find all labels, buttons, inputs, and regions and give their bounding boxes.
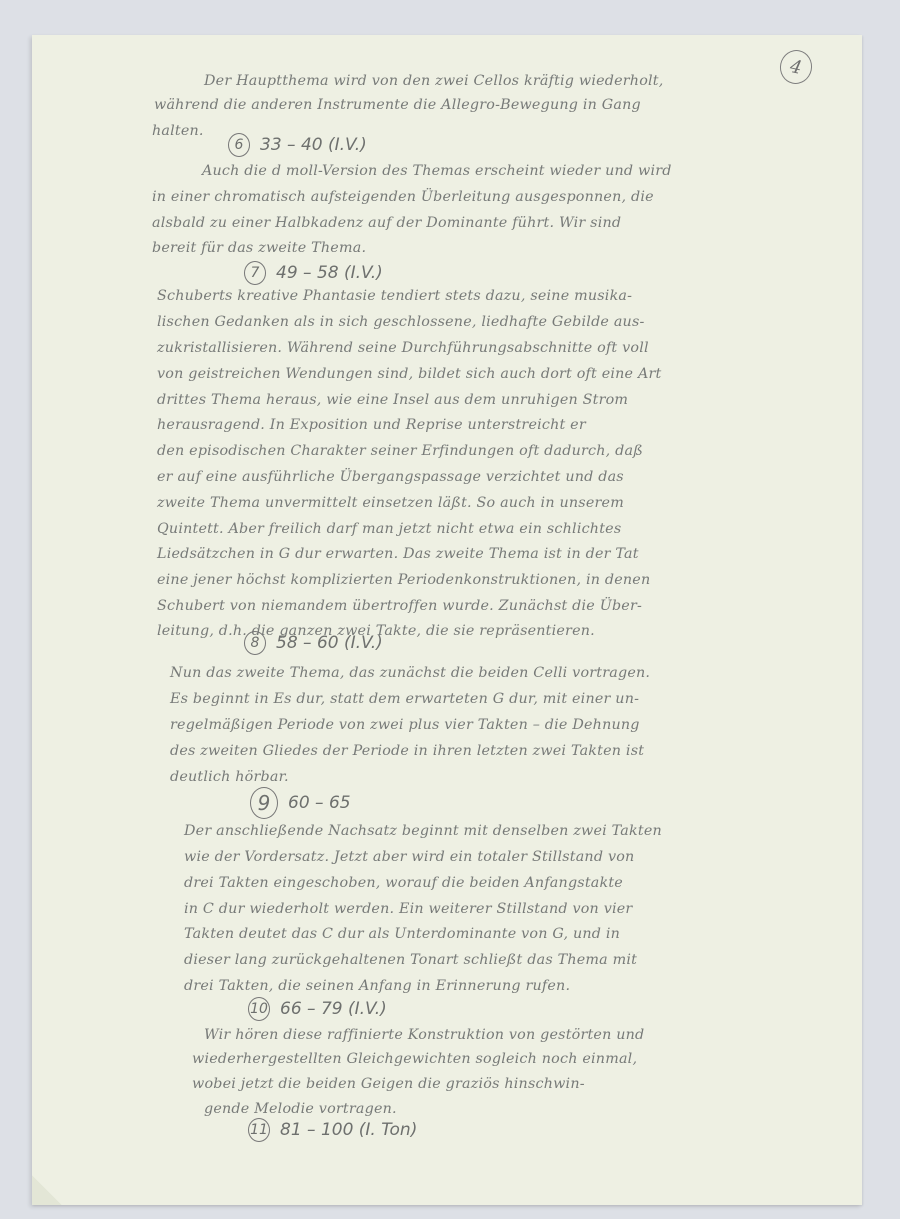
text-line: Schuberts kreative Phantasie tendiert st… xyxy=(157,288,632,304)
circled-number: 8 xyxy=(244,631,266,655)
page-number-text: 4 xyxy=(788,56,804,79)
circled-number: 10 xyxy=(248,997,270,1021)
text-line: er auf eine ausführliche Übergangspassag… xyxy=(157,469,624,485)
section-marker-7: 7 49 – 58 (I.V.) xyxy=(244,261,383,285)
text-line: bereit für das zweite Thema. xyxy=(152,240,366,256)
text-line: regelmäßigen Periode von zwei plus vier … xyxy=(170,717,640,733)
circled-number: 11 xyxy=(248,1118,270,1142)
section-marker-9: 9 60 – 65 xyxy=(250,787,351,819)
text-line: Nun das zweite Thema, das zunächst die b… xyxy=(170,665,650,681)
text-line: Schubert von niemandem übertroffen wurde… xyxy=(157,598,642,614)
text-line: herausragend. In Exposition und Reprise … xyxy=(157,417,586,433)
circled-number: 6 xyxy=(228,133,250,157)
folded-corner xyxy=(32,1175,62,1205)
page-number: 4 xyxy=(777,47,815,87)
circled-number: 9 xyxy=(250,787,278,819)
text-line: zweite Thema unvermittelt einsetzen läßt… xyxy=(157,495,624,511)
section-marker-6: 6 33 – 40 (I.V.) xyxy=(228,133,367,157)
circled-number: 7 xyxy=(244,261,266,285)
text-line: Wir hören diese raffinierte Konstruktion… xyxy=(204,1027,644,1043)
text-line: in C dur wiederholt werden. Ein weiterer… xyxy=(184,901,632,917)
text-line: Auch die d moll-Version des Themas ersch… xyxy=(202,163,672,179)
text-line: von geistreichen Wendungen sind, bildet … xyxy=(157,366,661,382)
text-line: lischen Gedanken als in sich geschlossen… xyxy=(157,314,645,330)
section-marker-8: 8 58 – 60 (I.V.) xyxy=(244,631,383,655)
text-line: Quintett. Aber freilich darf man jetzt n… xyxy=(157,521,621,537)
section-marker-10: 10 66 – 79 (I.V.) xyxy=(248,997,387,1021)
text-line: alsbald zu einer Halbkadenz auf der Domi… xyxy=(152,215,621,231)
bar-range: 60 – 65 xyxy=(288,793,351,813)
text-line: Der Hauptthema wird von den zwei Cellos … xyxy=(204,73,664,89)
text-line: zukristallisieren. Während seine Durchfü… xyxy=(157,340,649,356)
text-line: wobei jetzt die beiden Geigen die graziö… xyxy=(192,1076,585,1092)
bar-range: 33 – 40 (I.V.) xyxy=(260,135,367,155)
section-marker-11: 11 81 – 100 (I. Ton) xyxy=(248,1118,417,1142)
text-line: dieser lang zurückgehaltenen Tonart schl… xyxy=(184,952,637,968)
text-line: den episodischen Charakter seiner Erfind… xyxy=(157,443,643,459)
text-line: Takten deutet das C dur als Unterdominan… xyxy=(184,926,620,942)
text-line: eine jener höchst komplizierten Perioden… xyxy=(157,572,650,588)
text-line: drei Takten, die seinen Anfang in Erinne… xyxy=(184,978,570,994)
text-line: wie der Vordersatz. Jetzt aber wird ein … xyxy=(184,849,634,865)
text-line: drittes Thema heraus, wie eine Insel aus… xyxy=(157,392,628,408)
text-line: halten. xyxy=(152,123,204,139)
text-line: Der anschließende Nachsatz beginnt mit d… xyxy=(184,823,662,839)
bar-range: 49 – 58 (I.V.) xyxy=(276,263,383,283)
text-line: Liedsätzchen in G dur erwarten. Das zwei… xyxy=(157,546,639,562)
text-line: gende Melodie vortragen. xyxy=(204,1101,397,1117)
text-line: deutlich hörbar. xyxy=(170,769,289,785)
text-line: in einer chromatisch aufsteigenden Überl… xyxy=(152,189,654,205)
text-line: drei Takten eingeschoben, worauf die bei… xyxy=(184,875,623,891)
text-line: während die anderen Instrumente die Alle… xyxy=(154,97,641,113)
bar-range: 58 – 60 (I.V.) xyxy=(276,633,383,653)
text-line: wiederhergestellten Gleichgewichten sogl… xyxy=(192,1051,637,1067)
text-line: des zweiten Gliedes der Periode in ihren… xyxy=(170,743,644,759)
bar-range: 66 – 79 (I.V.) xyxy=(280,999,387,1019)
bar-range: 81 – 100 (I. Ton) xyxy=(280,1120,417,1140)
manuscript-page: 4 Der Hauptthema wird von den zwei Cello… xyxy=(32,35,862,1205)
text-line: Es beginnt in Es dur, statt dem erwartet… xyxy=(170,691,639,707)
